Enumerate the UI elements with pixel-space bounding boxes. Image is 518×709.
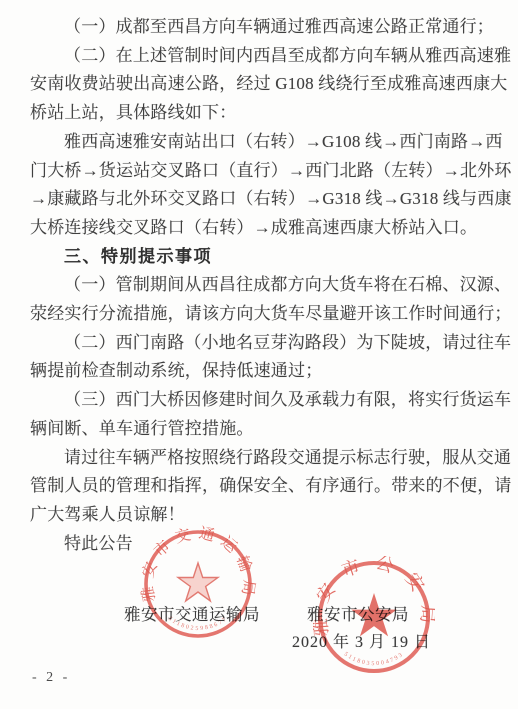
seal-code-text: 5118035004793	[343, 651, 406, 667]
text-line: （二）西门南路（小地名豆芽沟路段）为下陡坡，请过往车	[30, 329, 492, 358]
text-line: （二）在上述管制时间内西昌至成都方向车辆从雅西高速雅	[30, 42, 492, 71]
text-line: （一）成都至西昌方向车辆通过雅西高速公路正常通行；	[30, 13, 492, 42]
text-line: 桥站上站，具体路线如下：	[30, 99, 492, 128]
text-line: 辆间断、单车通行管控措施。	[30, 415, 492, 444]
date-line: 2020 年 3 月 19 日	[292, 629, 431, 652]
body-text: （一）成都至西昌方向车辆通过雅西高速公路正常通行； （二）在上述管制时间内西昌至…	[30, 13, 492, 558]
text-line: 荥经实行分流措施，请该方向大货车尽量避开该工作时间通行；	[30, 300, 492, 329]
svg-text:5118035004793: 5118035004793	[343, 651, 406, 667]
text-line: 门大桥→货运站交叉路口（直行）→西门北路（左转）→北外环	[30, 157, 492, 186]
text-line: 雅西高速雅安南站出口（右转）→G108 线→西门南路→西	[30, 128, 492, 157]
text-line: 安南收费站驶出高速公路，经过 G108 线绕行至成雅高速西康大	[30, 70, 492, 99]
signature-transport-bureau: 雅安市交通运输局	[124, 601, 260, 625]
text-line: 请过往车辆严格按照绕行路段交通提示标志行驶，服从交通	[30, 444, 492, 473]
page-number: - 2 -	[32, 670, 70, 686]
document-page: （一）成都至西昌方向车辆通过雅西高速公路正常通行； （二）在上述管制时间内西昌至…	[0, 0, 518, 709]
signature-public-security-bureau: 雅安市公安局	[307, 601, 409, 625]
closing-line: 特此公告	[30, 530, 492, 559]
text-line: 辆提前检查制动系统，保持低速通过；	[30, 357, 492, 386]
text-line: （三）西门大桥因修建时间久及承载力有限，将实行货运车	[30, 386, 492, 415]
text-line: （一）管制期间从西昌往成都方向大货车将在石棉、汉源、	[30, 271, 492, 300]
text-line: 管制人员的管理和指挥，确保安全、有序通行。带来的不便，请	[30, 472, 492, 501]
section-heading: 三、特别提示事项	[30, 243, 492, 272]
text-line: →康藏路与北外环交叉路口（右转）→G318 线→G318 线与西康	[30, 185, 492, 214]
seal-star-icon	[178, 563, 218, 601]
text-line: 广大驾乘人员谅解！	[30, 501, 492, 530]
text-line: 大桥连接线交叉路口（右转）→成雅高速西康大桥站入口。	[30, 214, 492, 243]
